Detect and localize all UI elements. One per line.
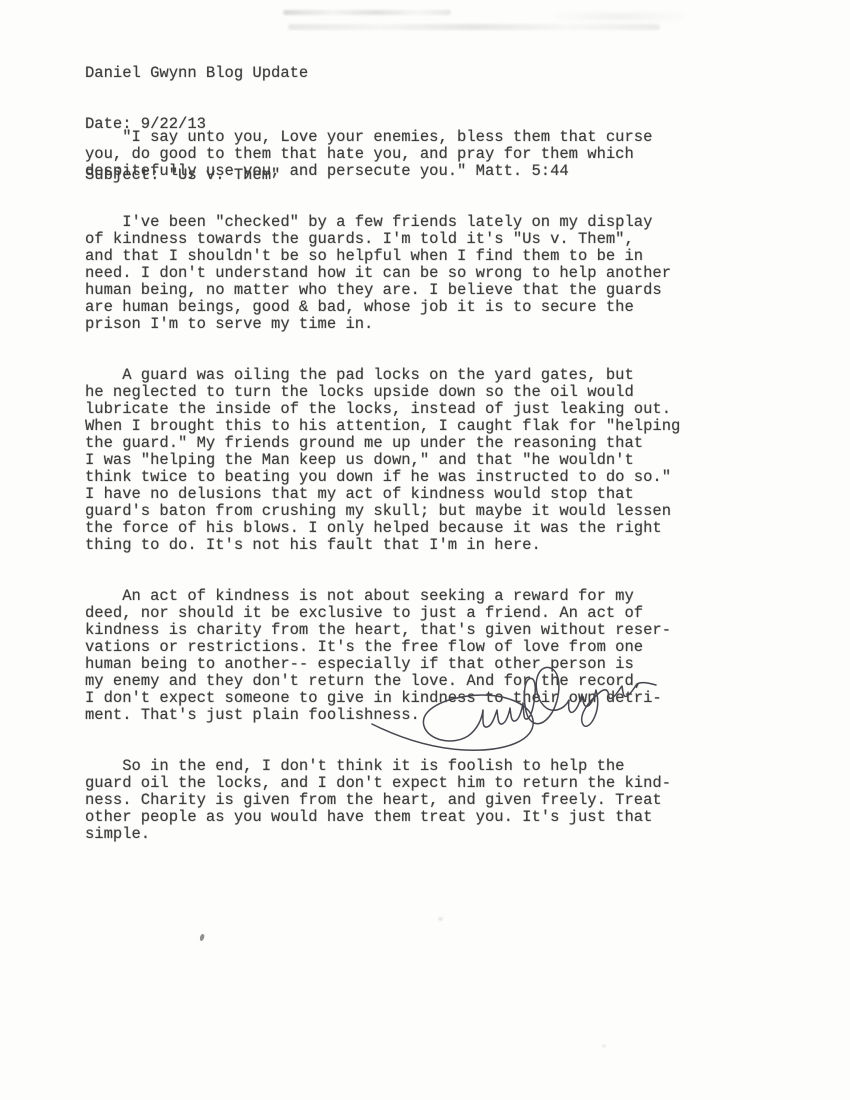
letter-title: Daniel Gwynn Blog Update (85, 65, 308, 82)
signature-handwriting (368, 658, 660, 772)
scan-smudge-top-2 (288, 24, 660, 30)
scanned-letter-page: Daniel Gwynn Blog Update Date: 9/22/13 S… (0, 0, 850, 1100)
scan-smudge-top-right (555, 11, 685, 22)
scan-speck (602, 1044, 606, 1048)
paragraph-guard-oiling-locks: A guard was oiling the pad locks on the … (85, 367, 680, 554)
scan-speck (438, 917, 443, 921)
scan-smudge-top-1 (283, 10, 451, 15)
paragraph-scripture-quote: "I say unto you, Love your enemies, bles… (85, 129, 680, 180)
paragraph-checked-by-friends: I've been "checked" by a few friends lat… (85, 214, 680, 333)
scan-speck (199, 934, 205, 942)
